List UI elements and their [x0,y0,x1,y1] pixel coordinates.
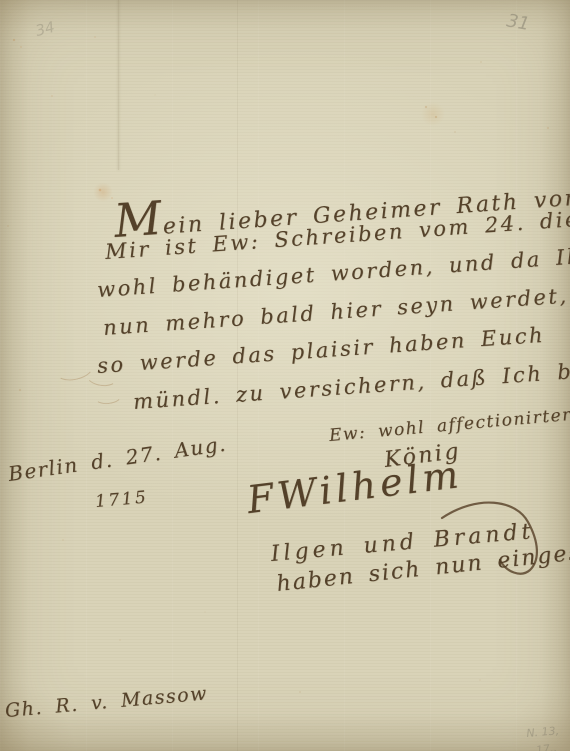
ink-offset-mark [93,387,123,406]
royal-signature: FWilhelm [245,452,465,522]
ink-offset-mark [52,352,96,384]
paper-crease-top [118,0,119,170]
paper-crease-center [237,0,238,751]
pencil-folio-top-right: 31 [505,10,531,35]
letter-dateline-year: 1715 [94,487,149,512]
pencil-catalog-year: 17.. [535,741,558,751]
letter-dateline-place: Berlin d. 27. Aug. [7,432,228,486]
pencil-folio-top-left: 34 [34,18,57,40]
docket-note: Gh. R. v. Massow [4,682,209,722]
pencil-catalog-number: N. 13, [526,724,560,740]
letter-page: 34 31 Mein lieber Geheimer Rath von Mass… [0,0,570,751]
